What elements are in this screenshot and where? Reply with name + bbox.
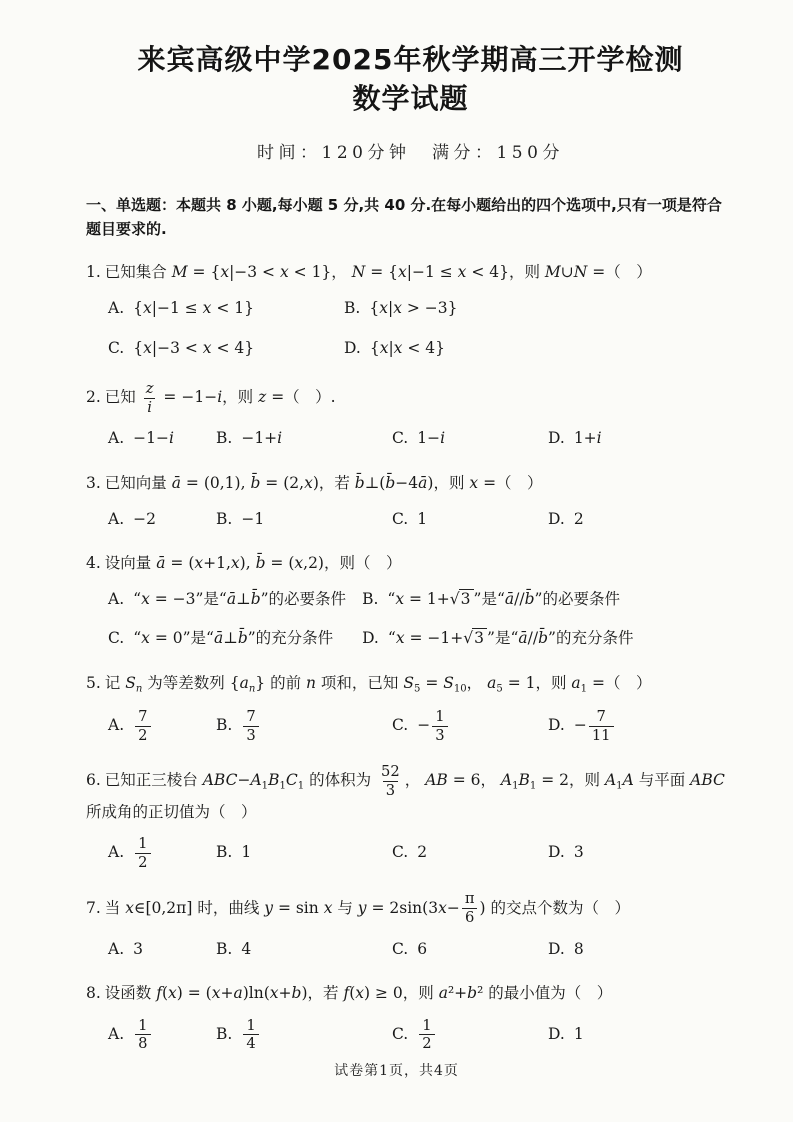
option-label: C.	[108, 629, 124, 647]
options-grid: A.72 B.73 C.−13 D.−711	[86, 708, 735, 744]
option-item: C.−13	[392, 708, 548, 744]
option-text: “x = 1+√3”是“ā//b̄”的必要条件	[387, 590, 620, 608]
question-number: 6.	[86, 771, 101, 789]
option-item: D.2	[548, 507, 735, 533]
option-label: D.	[362, 629, 379, 647]
option-label: D.	[548, 1025, 565, 1043]
question-stem: 2.已知 zi = −1−i，则 z =（ ）.	[86, 380, 735, 416]
option-label: A.	[108, 299, 124, 317]
option-item: A.{x|−1 ≤ x < 1}	[108, 296, 344, 322]
option-label: B.	[344, 299, 360, 317]
option-text: 72	[133, 716, 152, 734]
option-item: B.14	[216, 1017, 392, 1053]
option-label: D.	[548, 510, 565, 528]
question-6: 6.已知正三棱台 ABC−A1B1C1 的体积为 523， AB = 6， A1…	[86, 763, 735, 871]
option-item: D.−711	[548, 708, 735, 744]
option-text: “x = 0”是“ā⊥b̄”的充分条件	[133, 629, 333, 647]
option-item: C.2	[392, 840, 548, 866]
option-item: B.−1+i	[216, 426, 392, 452]
option-item: B.1	[216, 840, 392, 866]
option-text: −1−i	[133, 429, 174, 447]
option-label: C.	[392, 1025, 408, 1043]
option-item: B.{x|x > −3}	[344, 296, 735, 322]
option-text: −1	[241, 510, 264, 528]
option-item: A.72	[108, 708, 216, 744]
exam-page: 来宾高级中学2025年秋学期高三开学检测 数学试题 时间：120分钟 满分：15…	[0, 0, 793, 1053]
option-text: 12	[133, 843, 152, 861]
option-item: A.12	[108, 835, 216, 871]
option-label: D.	[548, 429, 565, 447]
question-stem: 7.当 x∈[0,2π] 时，曲线 y = sin x 与 y = 2sin(3…	[86, 890, 735, 926]
question-stem: 5.记 Sn 为等差数列 {an} 的前 n 项和，已知 S5 = S10， a…	[86, 671, 735, 698]
option-item: C.“x = 0”是“ā⊥b̄”的充分条件	[108, 626, 346, 652]
option-text: 14	[241, 1025, 260, 1043]
option-text: −2	[133, 510, 156, 528]
question-8: 8.设函数 f(x) = (x+a)ln(x+b)，若 f(x) ≥ 0，则 a…	[86, 981, 735, 1053]
question-text: 已知向量 ā = (0,1), b̄ = (2,x)，若 b̄⊥(b̄−4ā)，…	[105, 474, 543, 492]
option-label: D.	[344, 339, 361, 357]
option-text: 1	[574, 1025, 584, 1043]
option-text: −711	[574, 716, 616, 734]
option-label: A.	[108, 716, 124, 734]
page-footer: 试卷第1页，共4页	[0, 1060, 793, 1080]
option-item: C.1−i	[392, 426, 548, 452]
question-stem: 4.设向量 ā = (x+1,x), b̄ = (x,2)，则（ ）	[86, 551, 735, 577]
option-label: B.	[216, 510, 232, 528]
option-text: 4	[241, 940, 251, 958]
option-item: D.1	[548, 1022, 735, 1048]
question-stem: 6.已知正三棱台 ABC−A1B1C1 的体积为 523， AB = 6， A1…	[86, 763, 735, 825]
option-label: C.	[392, 429, 408, 447]
option-text: 6	[417, 940, 427, 958]
option-text: 3	[574, 843, 584, 861]
option-text: 2	[574, 510, 584, 528]
option-item: B.73	[216, 708, 392, 744]
option-item: B.4	[216, 937, 392, 963]
question-number: 5.	[86, 674, 101, 692]
option-text: 3	[133, 940, 143, 958]
option-item: A.3	[108, 937, 216, 963]
option-item: A.−2	[108, 507, 216, 533]
option-text: 1	[241, 843, 251, 861]
option-label: C.	[392, 510, 408, 528]
option-text: 12	[417, 1025, 436, 1043]
option-label: A.	[108, 510, 124, 528]
option-label: D.	[548, 940, 565, 958]
option-item: B.“x = 1+√3”是“ā//b̄”的必要条件	[362, 587, 633, 613]
question-3: 3.已知向量 ā = (0,1), b̄ = (2,x)，若 b̄⊥(b̄−4ā…	[86, 471, 735, 532]
option-text: −1+i	[241, 429, 282, 447]
option-text: 1	[417, 510, 427, 528]
option-label: B.	[216, 1025, 232, 1043]
option-text: {x|x > −3}	[369, 299, 457, 317]
option-item: A.18	[108, 1017, 216, 1053]
option-text: −13	[417, 716, 449, 734]
option-text: {x|−3 < x < 4}	[133, 339, 254, 357]
option-label: A.	[108, 843, 124, 861]
option-label: C.	[108, 339, 124, 357]
page-title-line2: 数学试题	[86, 79, 735, 118]
section-heading: 一、单选题：本题共 8 小题,每小题 5 分,共 40 分.在每小题给出的四个选…	[86, 193, 735, 241]
option-text: 8	[574, 940, 584, 958]
option-label: C.	[392, 716, 408, 734]
question-number: 1.	[86, 263, 101, 281]
option-label: A.	[108, 429, 124, 447]
option-label: A.	[108, 1025, 124, 1043]
question-1: 1.已知集合 M = {x|−3 < x < 1}， N = {x|−1 ≤ x…	[86, 260, 735, 361]
question-number: 4.	[86, 554, 101, 572]
option-label: B.	[216, 843, 232, 861]
option-text: {x|−1 ≤ x < 1}	[133, 299, 254, 317]
question-2: 2.已知 zi = −1−i，则 z =（ ）. A.−1−i B.−1+i C…	[86, 380, 735, 452]
question-stem: 8.设函数 f(x) = (x+a)ln(x+b)，若 f(x) ≥ 0，则 a…	[86, 981, 735, 1007]
option-text: “x = −3”是“ā⊥b̄”的必要条件	[133, 590, 346, 608]
option-label: B.	[216, 940, 232, 958]
question-5: 5.记 Sn 为等差数列 {an} 的前 n 项和，已知 S5 = S10， a…	[86, 671, 735, 744]
option-label: C.	[392, 843, 408, 861]
option-item: C.12	[392, 1017, 548, 1053]
option-label: B.	[216, 429, 232, 447]
options-grid: A.“x = −3”是“ā⊥b̄”的必要条件 B.“x = 1+√3”是“ā//…	[86, 587, 735, 652]
option-text: {x|x < 4}	[370, 339, 445, 357]
question-number: 7.	[86, 899, 101, 917]
option-text: 73	[241, 716, 260, 734]
options-grid: A.−1−i B.−1+i C.1−i D.1+i	[86, 426, 735, 452]
question-7: 7.当 x∈[0,2π] 时，曲线 y = sin x 与 y = 2sin(3…	[86, 890, 735, 962]
question-text: 已知 zi = −1−i，则 z =（ ）.	[105, 388, 336, 406]
option-text: “x = −1+√3”是“ā//b̄”的充分条件	[388, 629, 634, 647]
option-label: A.	[108, 590, 124, 608]
option-text: 1−i	[417, 429, 445, 447]
option-item: D.3	[548, 840, 735, 866]
option-label: A.	[108, 940, 124, 958]
page-title: 来宾高级中学2025年秋学期高三开学检测 数学试题	[86, 40, 735, 118]
question-number: 2.	[86, 388, 101, 406]
question-4: 4.设向量 ā = (x+1,x), b̄ = (x,2)，则（ ） A.“x …	[86, 551, 735, 652]
question-text: 设向量 ā = (x+1,x), b̄ = (x,2)，则（ ）	[105, 554, 402, 572]
option-text: 18	[133, 1025, 152, 1043]
question-text: 设函数 f(x) = (x+a)ln(x+b)，若 f(x) ≥ 0，则 a²+…	[105, 984, 612, 1002]
option-label: D.	[548, 716, 565, 734]
option-text: 2	[417, 843, 427, 861]
question-stem: 1.已知集合 M = {x|−3 < x < 1}， N = {x|−1 ≤ x…	[86, 260, 735, 286]
option-item: D.1+i	[548, 426, 735, 452]
option-label: D.	[548, 843, 565, 861]
option-item: B.−1	[216, 507, 392, 533]
option-label: B.	[362, 590, 378, 608]
options-grid: A.12 B.1 C.2 D.3	[86, 835, 735, 871]
question-text: 当 x∈[0,2π] 时，曲线 y = sin x 与 y = 2sin(3x−…	[105, 899, 630, 917]
option-label: C.	[392, 940, 408, 958]
options-grid: A.3 B.4 C.6 D.8	[86, 937, 735, 963]
option-item: C.1	[392, 507, 548, 533]
question-text: 记 Sn 为等差数列 {an} 的前 n 项和，已知 S5 = S10， a5 …	[105, 674, 652, 692]
question-text: 已知集合 M = {x|−3 < x < 1}， N = {x|−1 ≤ x <…	[105, 263, 652, 281]
option-item: D.{x|x < 4}	[344, 336, 735, 362]
option-item: A.“x = −3”是“ā⊥b̄”的必要条件	[108, 587, 346, 613]
page-title-line1: 来宾高级中学2025年秋学期高三开学检测	[86, 40, 735, 79]
question-number: 3.	[86, 474, 101, 492]
question-text: 已知正三棱台 ABC−A1B1C1 的体积为 523， AB = 6， A1B1…	[86, 771, 725, 820]
option-item: C.6	[392, 937, 548, 963]
option-text: 1+i	[574, 429, 602, 447]
question-number: 8.	[86, 984, 101, 1002]
option-item: A.−1−i	[108, 426, 216, 452]
exam-meta: 时间：120分钟 满分：150分	[86, 138, 735, 163]
option-item: D.8	[548, 937, 735, 963]
options-grid: A.{x|−1 ≤ x < 1} B.{x|x > −3} C.{x|−3 < …	[86, 296, 735, 361]
options-grid: A.18 B.14 C.12 D.1	[86, 1017, 735, 1053]
option-item: C.{x|−3 < x < 4}	[108, 336, 344, 362]
question-stem: 3.已知向量 ā = (0,1), b̄ = (2,x)，若 b̄⊥(b̄−4ā…	[86, 471, 735, 497]
options-grid: A.−2 B.−1 C.1 D.2	[86, 507, 735, 533]
option-item: D.“x = −1+√3”是“ā//b̄”的充分条件	[362, 626, 633, 652]
option-label: B.	[216, 716, 232, 734]
